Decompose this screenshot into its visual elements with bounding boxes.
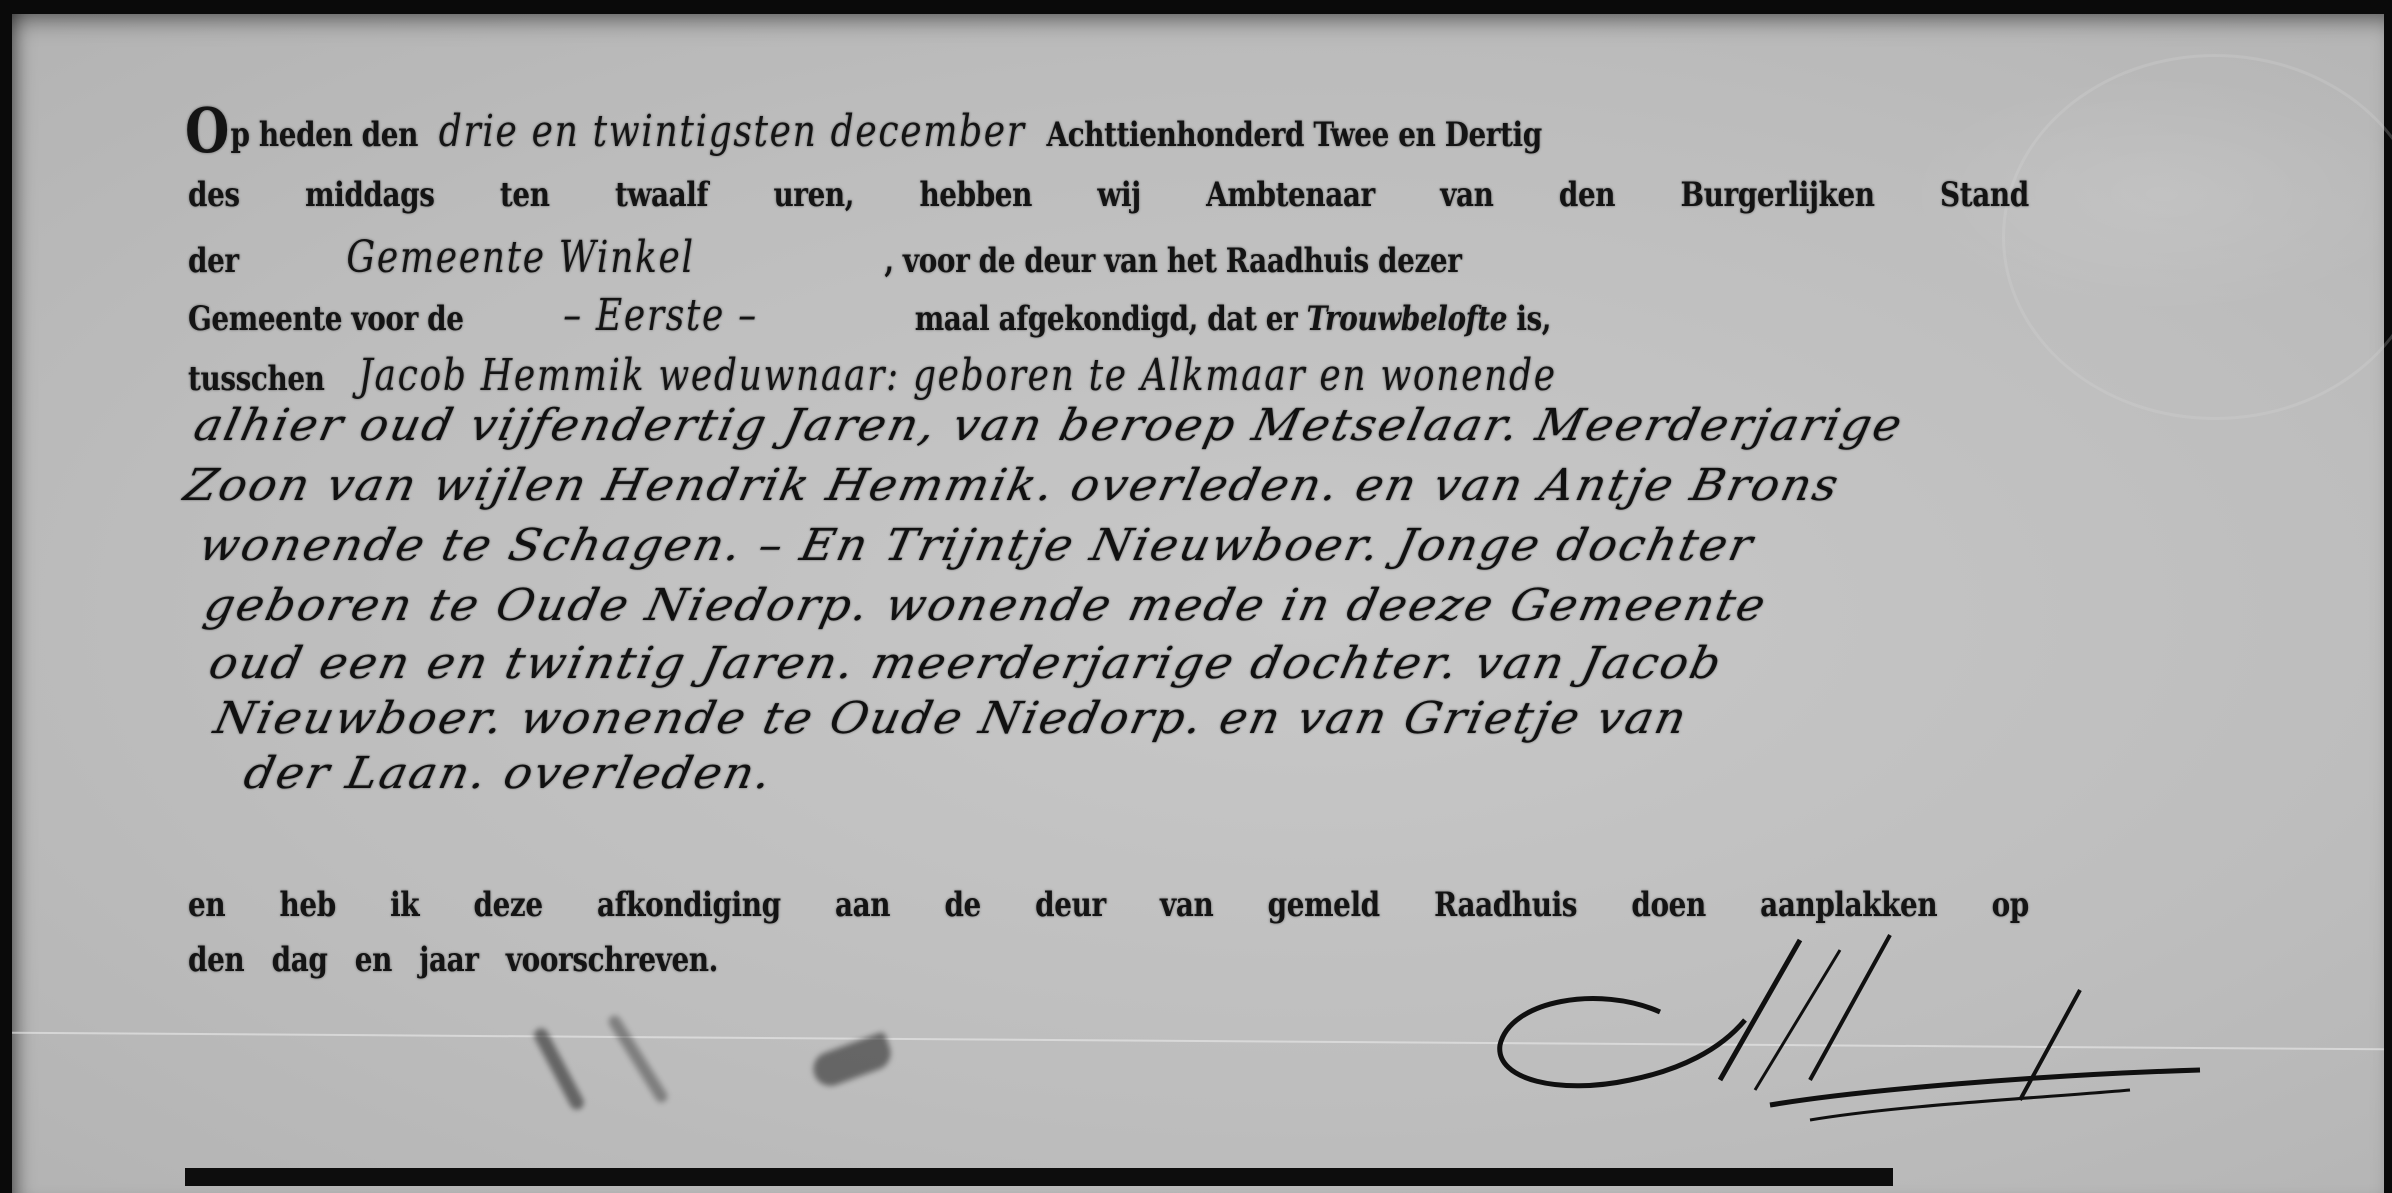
handwritten-line: der Laan. overleden.	[240, 748, 778, 799]
word: Burgerlijken	[1681, 175, 1875, 215]
handwritten-date: drie en twintigsten december	[439, 106, 1026, 157]
word: gemeld	[1268, 885, 1380, 925]
handwritten-line: Nieuwboer. wonende te Oude Niedorp. en v…	[210, 693, 1693, 744]
word: van	[1440, 175, 1493, 215]
word: hebben	[919, 175, 1032, 215]
word: den	[1559, 175, 1615, 215]
handwritten-municipality: Gemeente Winkel	[346, 232, 694, 283]
word: heb	[280, 885, 336, 925]
form-line-1: Op heden den drie en twintigsten decembe…	[185, 100, 1542, 162]
official-signature: A. Maurret	[1480, 930, 2240, 1130]
word: uren,	[773, 175, 854, 215]
word: de	[944, 885, 980, 925]
word: Ambtenaar	[1206, 175, 1375, 215]
bottom-rule	[185, 1168, 1893, 1186]
handwritten-proclamation-count: – Eerste –	[563, 290, 758, 341]
printed-text: p heden den	[231, 115, 418, 155]
word: Stand	[1940, 175, 2029, 215]
printed-text: tusschen	[188, 359, 325, 399]
word: Raadhuis	[1434, 885, 1577, 925]
form-line-4: Gemeente voor de – Eerste – maal afgekon…	[188, 290, 1551, 341]
word: twaalf	[615, 175, 708, 215]
word: des	[188, 175, 240, 215]
word: wij	[1097, 175, 1140, 215]
word: aan	[835, 885, 890, 925]
printed-text: maal afgekondigd, dat er	[915, 299, 1298, 339]
form-line-2: des middags ten twaalf uren, hebben wij …	[188, 175, 2029, 215]
form-line-3: der Gemeente Winkel , voor de deur van h…	[188, 232, 1461, 283]
printed-year: Achttienhonderd Twee en Dertig	[1046, 115, 1541, 155]
printed-text: der	[188, 241, 239, 281]
ink-bleed-mark	[606, 1013, 669, 1104]
word: deur	[1035, 885, 1106, 925]
printed-text: , voor de deur van het Raadhuis dezer	[884, 241, 1461, 281]
ink-bleed-mark	[809, 1031, 896, 1090]
word: aanplakken	[1760, 885, 1937, 925]
word: ten	[500, 175, 550, 215]
printed-text: is,	[1516, 299, 1551, 339]
printed-italic: Trouwbelofte	[1307, 299, 1507, 339]
embossed-seal	[2002, 54, 2392, 420]
closing-line-2: den dag en jaar voorschreven.	[188, 940, 718, 980]
printed-text: Gemeente voor de	[188, 299, 464, 339]
word: op	[1992, 885, 2029, 925]
word: doen	[1631, 885, 1705, 925]
handwritten-line: oud een en twintig Jaren. meerderjarige …	[205, 638, 1728, 689]
word: middags	[305, 175, 434, 215]
closing-line-1: en heb ik deze afkondiging aan de deur v…	[188, 885, 2029, 925]
handwritten-line: alhier oud vijfendertig Jaren, van beroe…	[190, 400, 1909, 451]
word: ik	[390, 885, 419, 925]
word: van	[1160, 885, 1213, 925]
handwritten-groom: Jacob Hemmik weduwnaar: geboren te Alkma…	[358, 350, 1556, 401]
word: deze	[474, 885, 543, 925]
handwritten-line: geboren te Oude Niedorp. wonende mede in…	[200, 580, 1772, 631]
word: en	[188, 885, 225, 925]
word: afkondiging	[597, 885, 781, 925]
handwritten-line: wonende te Schagen. – En Trijntje Nieuwb…	[195, 520, 1759, 571]
handwritten-line: Zoon van wijlen Hendrik Hemmik. overlede…	[180, 460, 1845, 511]
form-line-5: tusschen Jacob Hemmik weduwnaar: geboren…	[188, 350, 1557, 401]
drop-cap: O	[185, 94, 229, 167]
ink-bleed-mark	[532, 1026, 587, 1112]
